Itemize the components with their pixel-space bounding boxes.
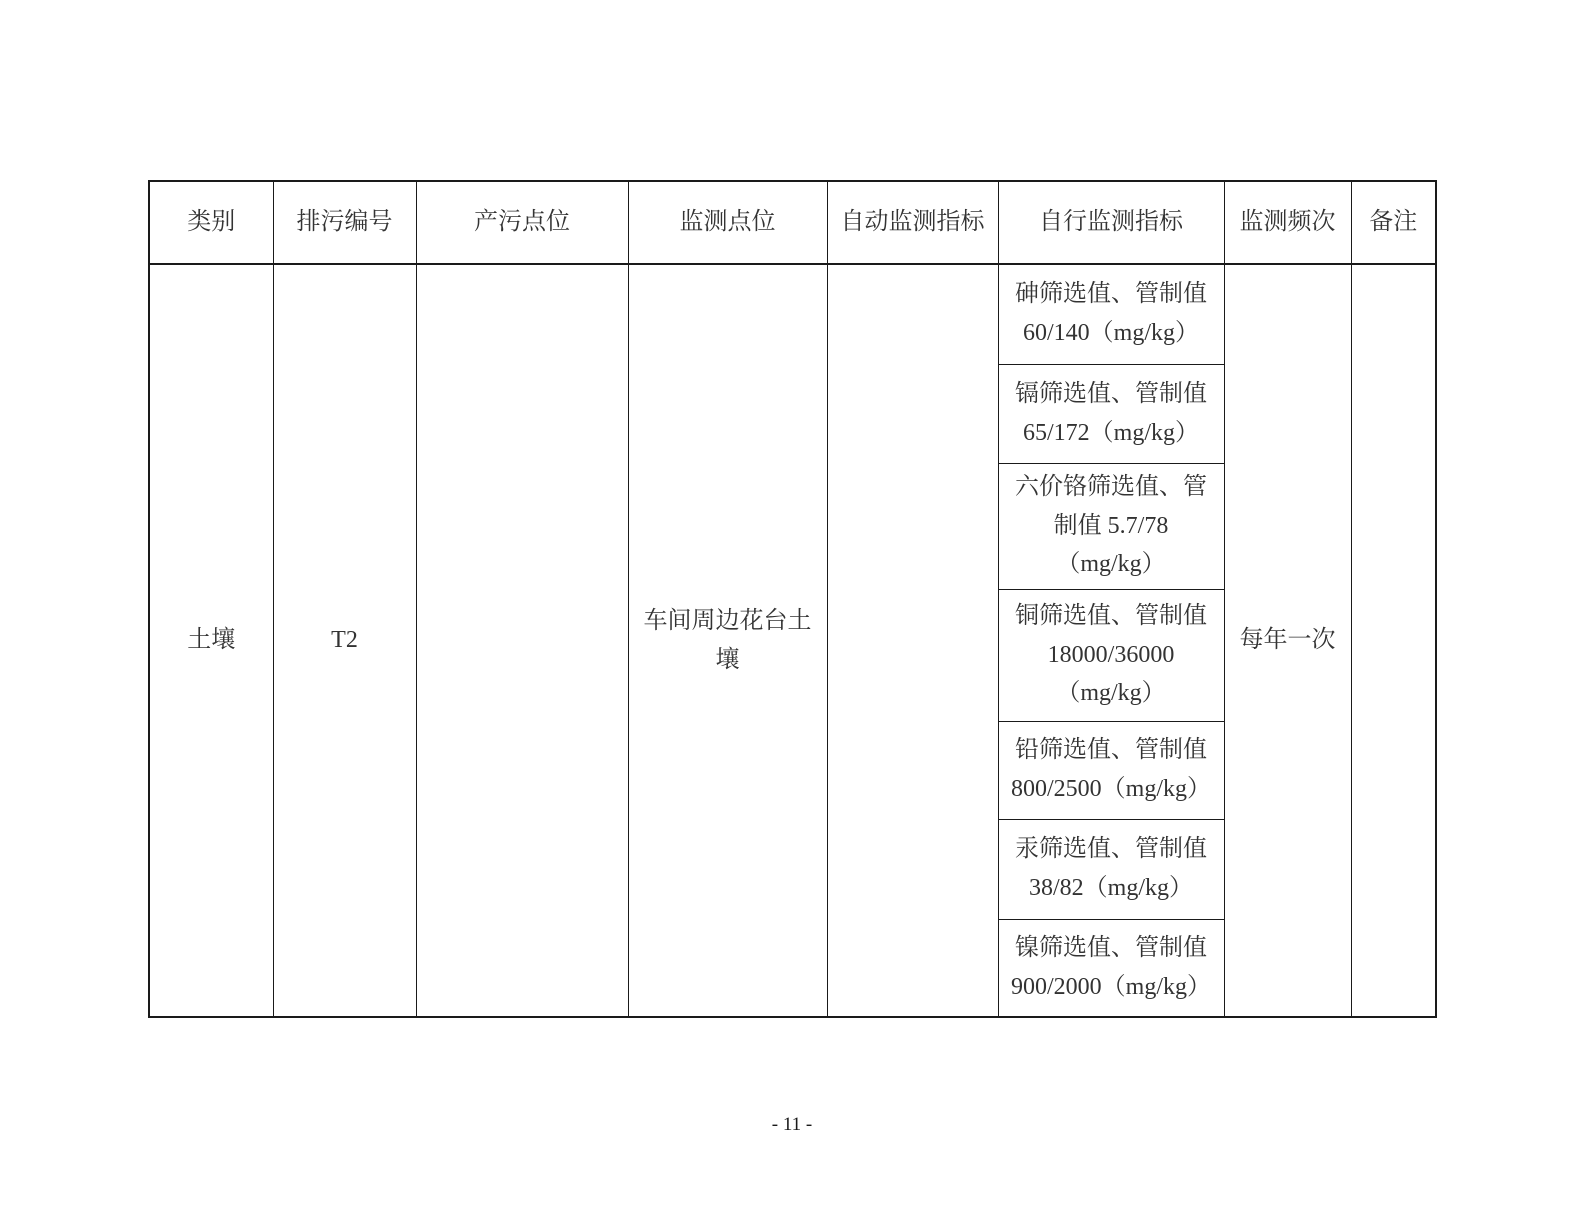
cell-self-indicator-hexavalent-chromium: 六价铬筛选值、管 制值 5.7/78 （mg/kg）: [998, 463, 1224, 589]
cell-monitoring-point: 车间周边花台土 壤: [628, 264, 827, 1017]
table-row: 土壤 T2 车间周边花台土 壤 砷筛选值、管制值 60/140（mg/kg） 每…: [149, 264, 1436, 364]
cell-self-indicator-cadmium: 镉筛选值、管制值 65/172（mg/kg）: [998, 364, 1224, 463]
col-header-self-indicators: 自行监测指标: [998, 181, 1224, 264]
col-header-frequency: 监测频次: [1224, 181, 1351, 264]
cell-self-indicator-lead: 铅筛选值、管制值 800/2500（mg/kg）: [998, 721, 1224, 819]
document-page: 类别 排污编号 产污点位 监测点位 自动监测指标 自行监测指标 监测频次 备注 …: [0, 0, 1584, 1224]
col-header-pollution-point: 产污点位: [416, 181, 628, 264]
cell-remark: [1351, 264, 1436, 1017]
cell-self-indicator-copper: 铜筛选值、管制值 18000/36000 （mg/kg）: [998, 589, 1224, 721]
col-header-auto-indicators: 自动监测指标: [827, 181, 998, 264]
cell-self-indicator-arsenic: 砷筛选值、管制值 60/140（mg/kg）: [998, 264, 1224, 364]
page-number: - 11 -: [0, 1114, 1584, 1136]
col-header-discharge-number: 排污编号: [273, 181, 416, 264]
cell-category: 土壤: [149, 264, 273, 1017]
col-header-category: 类别: [149, 181, 273, 264]
cell-discharge-number: T2: [273, 264, 416, 1017]
cell-pollution-point: [416, 264, 628, 1017]
cell-self-indicator-nickel: 镍筛选值、管制值 900/2000（mg/kg）: [998, 919, 1224, 1017]
cell-frequency: 每年一次: [1224, 264, 1351, 1017]
table-header-row: 类别 排污编号 产污点位 监测点位 自动监测指标 自行监测指标 监测频次 备注: [149, 181, 1436, 264]
cell-auto-indicators: [827, 264, 998, 1017]
monitoring-table: 类别 排污编号 产污点位 监测点位 自动监测指标 自行监测指标 监测频次 备注 …: [148, 180, 1437, 1018]
cell-self-indicator-mercury: 汞筛选值、管制值 38/82（mg/kg）: [998, 819, 1224, 919]
col-header-remark: 备注: [1351, 181, 1436, 264]
col-header-monitoring-point: 监测点位: [628, 181, 827, 264]
